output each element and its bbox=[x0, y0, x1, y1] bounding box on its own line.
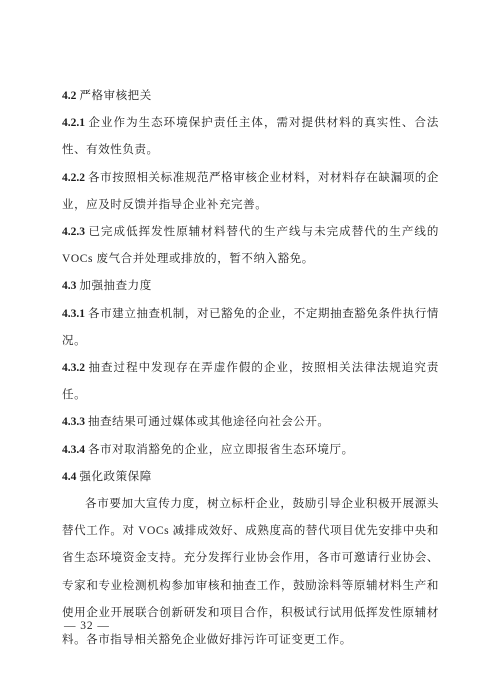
paragraph: 4.3加强抽查力度 bbox=[62, 273, 439, 300]
paragraph-text: 已完成低挥发性原辅材料替代的生产线与未完成替代的生产线的 VOCs 废气合并处理… bbox=[62, 226, 439, 265]
section-number: 4.2.3 bbox=[62, 226, 85, 238]
section-number: 4.3.1 bbox=[62, 308, 85, 320]
paragraph: 4.3.2抽查过程中发现存在弄虚作假的企业，按照相关法律法规追究责任。 bbox=[62, 355, 439, 409]
paragraph: 4.2.3已完成低挥发性原辅材料替代的生产线与未完成替代的生产线的 VOCs 废… bbox=[62, 219, 439, 273]
section-number: 4.2 bbox=[62, 90, 76, 102]
paragraph: 4.2严格审核把关 bbox=[62, 83, 439, 110]
paragraph: 4.3.3抽查结果可通过媒体或其他途径向社会公开。 bbox=[62, 409, 439, 436]
document-body: 4.2严格审核把关4.2.1企业作为生态环境保护责任主体，需对提供材料的真实性、… bbox=[62, 83, 439, 654]
document-page: 4.2严格审核把关4.2.1企业作为生态环境保护责任主体，需对提供材料的真实性、… bbox=[0, 0, 495, 699]
section-number: 4.2.1 bbox=[62, 117, 85, 129]
paragraph: 4.2.1企业作为生态环境保护责任主体，需对提供材料的真实性、合法性、有效性负责… bbox=[62, 110, 439, 164]
paragraph: 4.3.4各市对取消豁免的企业，应立即报省生态环境厅。 bbox=[62, 437, 439, 464]
paragraph: 4.2.2各市按照相关标准规范严格审核企业材料，对材料存在缺漏项的企业，应及时反… bbox=[62, 165, 439, 219]
paragraph-text: 加强抽查力度 bbox=[79, 280, 151, 292]
paragraph-text: 强化政策保障 bbox=[79, 471, 151, 483]
section-number: 4.3.4 bbox=[62, 444, 85, 456]
paragraph-text: 各市对取消豁免的企业，应立即报省生态环境厅。 bbox=[88, 444, 354, 456]
section-number: 4.3.2 bbox=[62, 362, 85, 374]
paragraph: 各市要加大宣传力度，树立标杆企业，鼓励引导企业积极开展源头替代工作。对 VOCs… bbox=[62, 491, 439, 654]
paragraph-text: 抽查结果可通过媒体或其他途径向社会公开。 bbox=[88, 416, 330, 428]
paragraph-text: 各市建立抽查机制，对已豁免的企业，不定期抽查豁免条件执行情况。 bbox=[62, 308, 439, 347]
page-number: — 32 — bbox=[64, 620, 110, 632]
section-number: 4.2.2 bbox=[62, 172, 85, 184]
paragraph-text: 各市要加大宣传力度，树立标杆企业，鼓励引导企业积极开展源头替代工作。对 VOCs… bbox=[62, 498, 439, 646]
section-number: 4.3.3 bbox=[62, 416, 85, 428]
section-number: 4.3 bbox=[62, 280, 76, 292]
paragraph-text: 各市按照相关标准规范严格审核企业材料，对材料存在缺漏项的企业，应及时反馈并指导企… bbox=[62, 172, 439, 211]
paragraph-text: 严格审核把关 bbox=[79, 90, 151, 102]
paragraph-text: 企业作为生态环境保护责任主体，需对提供材料的真实性、合法性、有效性负责。 bbox=[62, 117, 439, 156]
paragraph: 4.3.1各市建立抽查机制，对已豁免的企业，不定期抽查豁免条件执行情况。 bbox=[62, 301, 439, 355]
paragraph-text: 抽查过程中发现存在弄虚作假的企业，按照相关法律法规追究责任。 bbox=[62, 362, 439, 401]
section-number: 4.4 bbox=[62, 471, 76, 483]
paragraph: 4.4强化政策保障 bbox=[62, 464, 439, 491]
